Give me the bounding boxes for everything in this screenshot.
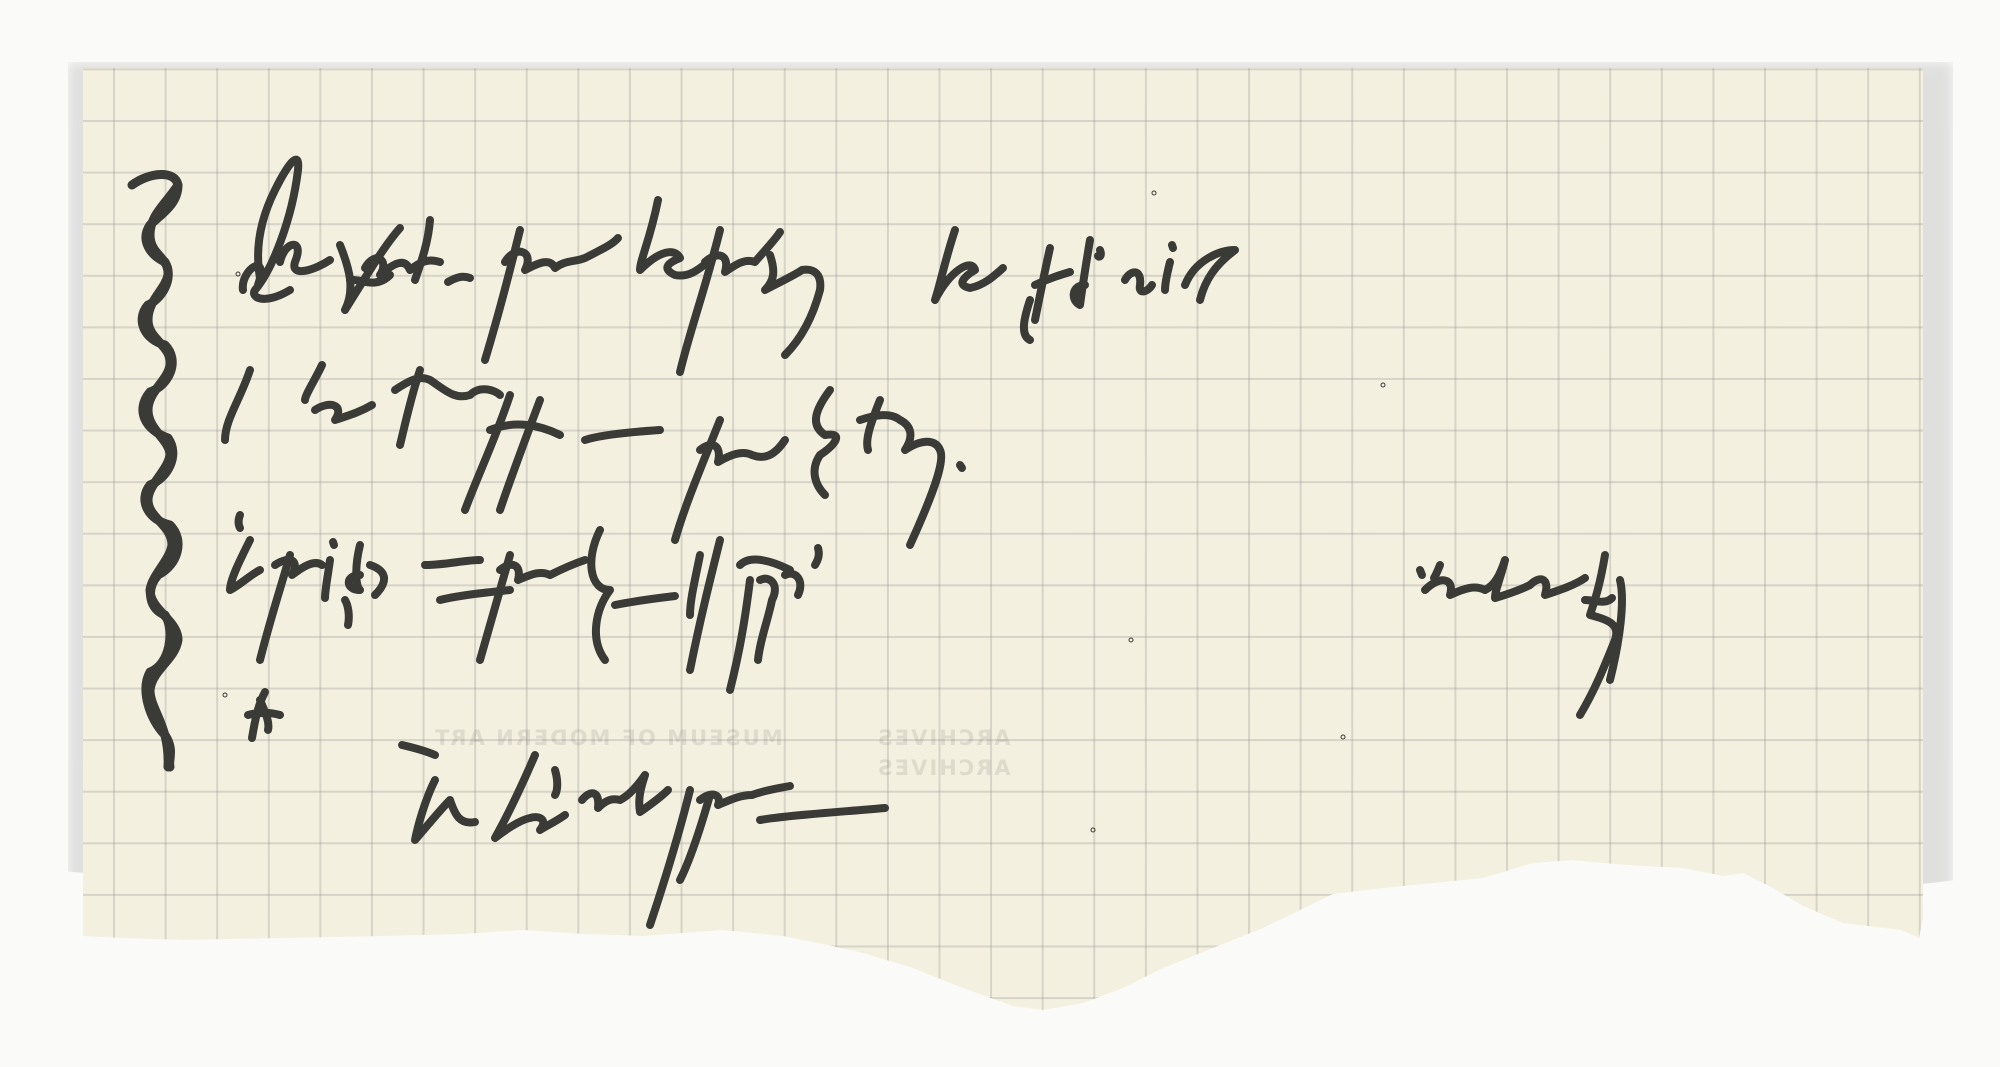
- reverse-stamp: ARCHIVES MUSEUM OF MODERN ART ARCHIVES: [433, 723, 1011, 783]
- graph-paper-note: ARCHIVES MUSEUM OF MODERN ART ARCHIVES: [83, 68, 1923, 1013]
